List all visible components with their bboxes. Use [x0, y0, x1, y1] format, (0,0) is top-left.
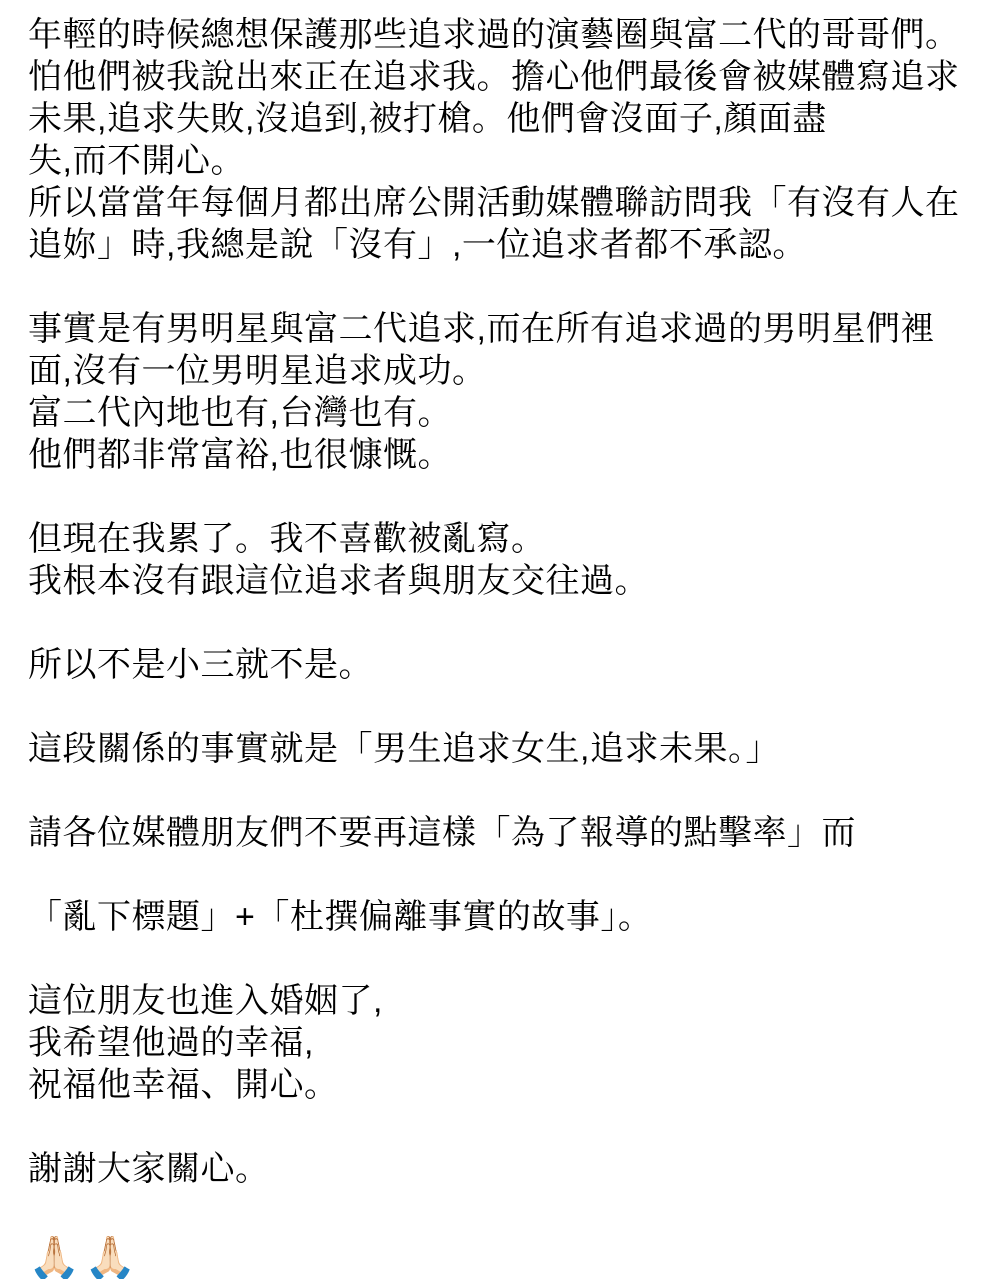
text-line: 但現在我累了。我不喜歡被亂寫。 [28, 518, 990, 560]
blank-line [28, 770, 990, 812]
text-line: 怕他們被我說出來正在追求我。擔心他們最後會被媒體寫追求 [28, 56, 990, 98]
text-line: 這段關係的事實就是「男生追求女生,追求未果。」 [28, 728, 990, 770]
prayer-hands-emoji: 🙏🏻🙏🏻 [28, 1232, 990, 1279]
text-line: 年輕的時候總想保護那些追求過的演藝圈與富二代的哥哥們。 [28, 14, 990, 56]
text-line: 富二代內地也有,台灣也有。 [28, 392, 990, 434]
text-line: 事實是有男明星與富二代追求,而在所有追求過的男明星們裡 [28, 308, 990, 350]
blank-line [28, 266, 990, 308]
text-line: 面,沒有一位男明星追求成功。 [28, 350, 990, 392]
text-line: 失,而不開心。 [28, 140, 990, 182]
text-line: 祝福他幸福、開心。 [28, 1064, 990, 1106]
text-line: 未果,追求失敗,沒追到,被打槍。他們會沒面子,顏面盡 [28, 98, 990, 140]
text-line: 這位朋友也進入婚姻了, [28, 980, 990, 1022]
text-line: 我希望他過的幸福, [28, 1022, 990, 1064]
text-line: 謝謝大家關心。 [28, 1148, 990, 1190]
post-body: 年輕的時候總想保護那些追求過的演藝圈與富二代的哥哥們。 怕他們被我說出來正在追求… [0, 0, 998, 1279]
text-line: 「亂下標題」+「杜撰偏離事實的故事」。 [28, 896, 990, 938]
blank-line [28, 602, 990, 644]
blank-line [28, 938, 990, 980]
text-line: 他們都非常富裕,也很慷慨。 [28, 434, 990, 476]
text-line: 所以不是小三就不是。 [28, 644, 990, 686]
blank-line [28, 1190, 990, 1232]
text-line: 我根本沒有跟這位追求者與朋友交往過。 [28, 560, 990, 602]
blank-line [28, 686, 990, 728]
text-line: 追妳」時,我總是說「沒有」,一位追求者都不承認。 [28, 224, 990, 266]
blank-line [28, 854, 990, 896]
blank-line [28, 1106, 990, 1148]
text-line: 所以當當年每個月都出席公開活動媒體聯訪問我「有沒有人在 [28, 182, 990, 224]
blank-line [28, 476, 990, 518]
text-line: 請各位媒體朋友們不要再這樣「為了報導的點擊率」而 [28, 812, 990, 854]
